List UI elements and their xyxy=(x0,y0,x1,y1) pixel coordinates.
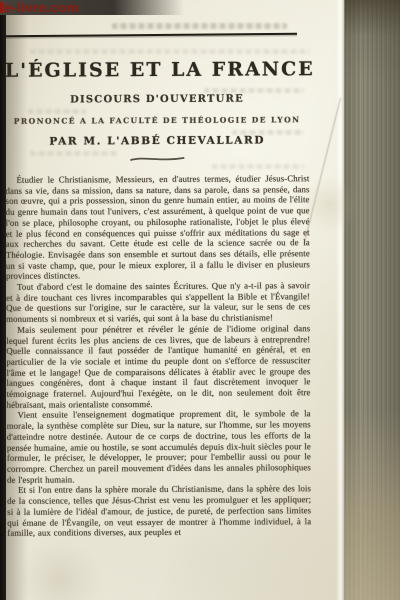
fore-edge-shading xyxy=(344,0,400,600)
article-subheading: PRONONCÉ A LA FACULTÉ DE THÉOLOGIE DE LY… xyxy=(5,115,309,126)
paragraph: Tout d'abord c'est le domaine des sainte… xyxy=(6,280,310,324)
bleed-through-texture xyxy=(112,23,287,29)
article-body: Étudier le Christianisme, Messieurs, en … xyxy=(5,173,311,538)
article-title: L'ÉGLISE ET LA FRANCE xyxy=(5,58,309,82)
paragraph: Mais seulement pour pénétrer et révéler … xyxy=(6,323,310,410)
article-byline: PAR M. L'ABBÉ CHEVALLARD xyxy=(5,134,309,148)
watermark-strip: e-livre.com xyxy=(0,0,184,15)
section-divider-flourish xyxy=(128,155,186,163)
article-subtitle: DISCOURS D'OUVERTURE xyxy=(5,93,309,106)
page-edge-highlight xyxy=(336,0,345,600)
paragraph: Vient ensuite l'enseignement dogmatique … xyxy=(7,409,311,486)
page-content: L'ÉGLISE ET LA FRANCE DISCOURS D'OUVERTU… xyxy=(5,37,312,538)
scanned-book-page: e-livre.com L'ÉGLISE ET LA FRANCE DISCOU… xyxy=(0,0,400,600)
paragraph: Et si l'on entre dans la sphère morale d… xyxy=(7,484,311,539)
watermark-cut-glyph xyxy=(0,2,3,13)
watermark-text: e-livre.com xyxy=(4,0,78,15)
paragraph: Étudier le Christianisme, Messieurs, en … xyxy=(5,173,310,282)
